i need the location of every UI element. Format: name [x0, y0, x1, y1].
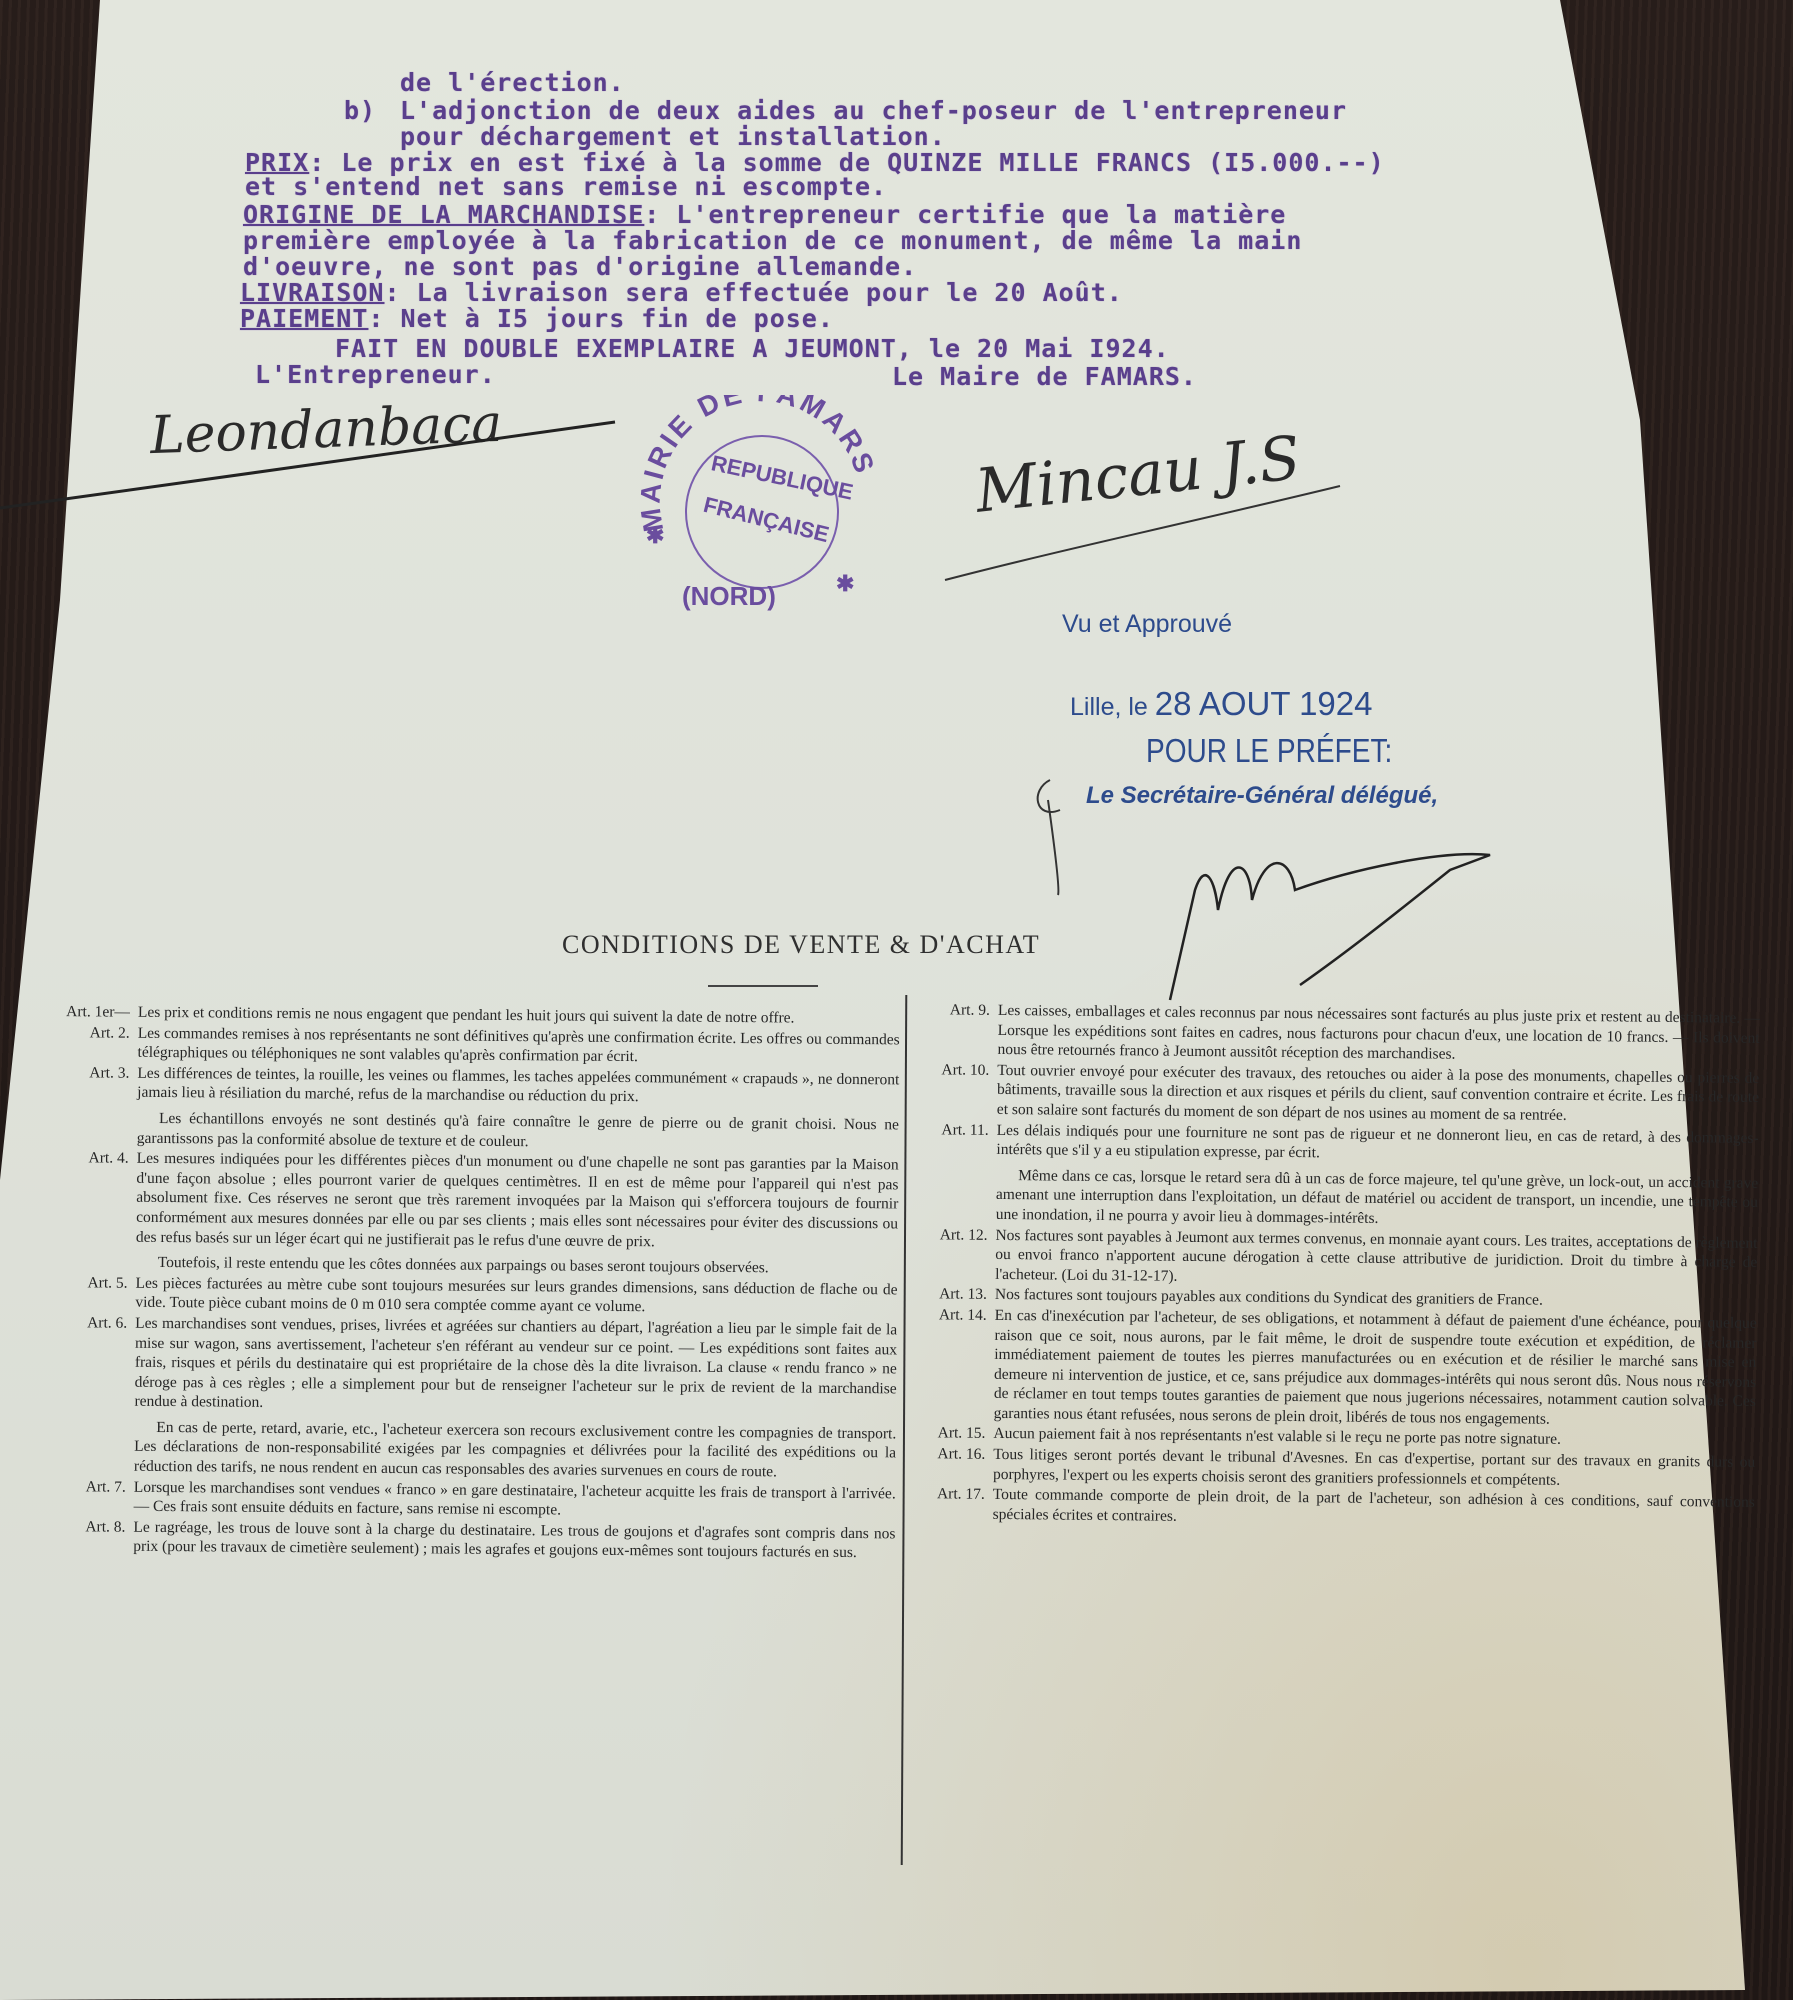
condition-article: Art. 17.Toute commande comporte de plein… [905, 1484, 1755, 1532]
article-body: Tous litiges seront portés devant le tri… [993, 1445, 1755, 1492]
entrepreneur-label: L'Entrepreneur. [255, 360, 496, 389]
condition-article: Art. 7.Lorsque les marchandises sont ven… [46, 1477, 896, 1524]
article-number: Art. 16. [905, 1444, 993, 1484]
article-paragraph: Tout ouvrier envoyé pour exécuter des tr… [997, 1061, 1760, 1128]
condition-article: Art. 6.Les marchandises sont vendues, pr… [46, 1313, 897, 1483]
conditions-right-column: Art. 9.Les caisses, emballages et cales … [905, 1000, 1760, 1533]
condition-article: Art. 3.Les différences de teintes, la ro… [49, 1063, 900, 1155]
stamp-bottom-text: (NORD) [682, 581, 776, 612]
article-paragraph: Tous litiges seront portés devant le tri… [993, 1445, 1755, 1492]
article-number: Art. 7. [46, 1477, 134, 1517]
livraison-clause: LIVRAISON: La livraison sera effectuée p… [240, 278, 1123, 307]
article-number: Art. 8. [45, 1517, 133, 1557]
article-paragraph: Lorsque les marchandises sont vendues « … [134, 1477, 896, 1523]
article-number: Art. 17. [905, 1484, 993, 1524]
article-paragraph: Les mesures indiquées pour les différent… [136, 1149, 899, 1254]
article-body: Les marchandises sont vendues, prises, l… [134, 1314, 897, 1483]
article-body: Les caisses, emballages et cales reconnu… [997, 1001, 1760, 1068]
origine-line1: : L'entrepreneur certifie que la matière [644, 200, 1286, 229]
origine-label: ORIGINE DE LA MARCHANDISE [243, 200, 644, 229]
livraison-label: LIVRAISON [240, 278, 384, 307]
article-paragraph: Les différences de teintes, la rouille, … [137, 1064, 899, 1110]
title-underline [708, 985, 818, 987]
item-b-label: b) [344, 96, 376, 125]
approval-date-line: Lille, le 28 AOUT 1924 [1070, 685, 1373, 723]
article-paragraph: Les échantillons envoyés ne sont destiné… [137, 1109, 899, 1155]
article-number: Art. 1er— [50, 1002, 138, 1022]
article-paragraph: Nos factures sont payables à Jeumont aux… [995, 1225, 1758, 1292]
article-body: Le ragréage, les trous de louve sont à l… [133, 1518, 895, 1564]
article-paragraph: Toute commande comporte de plein droit, … [993, 1485, 1755, 1532]
article-body: Les pièces facturées au mètre cube sont … [135, 1273, 897, 1319]
article-number: Art. 3. [49, 1063, 138, 1148]
entrepreneur-signature: Leondanbaca [149, 394, 503, 466]
article-body: Les mesures indiquées pour les différent… [136, 1149, 899, 1279]
approval-place: Lille, le [1070, 693, 1148, 721]
article-paragraph: Les commandes remises à nos représentant… [137, 1023, 899, 1069]
article-number: Art. 4. [48, 1148, 137, 1272]
article-body: Toute commande comporte de plein droit, … [993, 1485, 1755, 1532]
article-body: Les différences de teintes, la rouille, … [137, 1064, 900, 1155]
item-b-line2: pour déchargement et installation. [400, 122, 946, 151]
pour-le-prefet: POUR LE PRÉFET: [1146, 732, 1392, 770]
typed-line-erection: de l'érection. [400, 68, 625, 97]
prix-line2: et s'entend net sans remise ni escompte. [245, 172, 887, 201]
livraison-text: : La livraison sera effectuée pour le 20… [384, 278, 1122, 307]
item-b-line1: L'adjonction de deux aides au chef-poseu… [400, 96, 1347, 125]
article-paragraph: Les pièces facturées au mètre cube sont … [135, 1273, 897, 1319]
article-paragraph: En cas de perte, retard, avarie, etc., l… [134, 1418, 896, 1483]
fait-line: FAIT EN DOUBLE EXEMPLAIRE A JEUMONT, le … [335, 334, 1170, 363]
article-body: Lorsque les marchandises sont vendues « … [134, 1477, 896, 1523]
origine-clause: ORIGINE DE LA MARCHANDISE: L'entrepreneu… [243, 200, 1286, 229]
maire-label: Le Maire de FAMARS. [892, 362, 1197, 391]
condition-article: Art. 4.Les mesures indiquées pour les di… [48, 1148, 899, 1279]
origine-line2: première employée à la fabrication de ce… [243, 226, 1302, 255]
paiement-label: PAIEMENT [240, 304, 368, 333]
condition-article: Art. 5.Les pièces facturées au mètre cub… [47, 1273, 897, 1320]
article-paragraph: Même dans ce cas, lorsque le retard sera… [996, 1166, 1759, 1233]
article-paragraph: Les caisses, emballages et cales reconnu… [997, 1001, 1760, 1068]
article-number: Art. 14. [906, 1305, 995, 1423]
article-paragraph: Les marchandises sont vendues, prises, l… [134, 1314, 897, 1419]
vu-et-approuve: Vu et Approuvé [1062, 610, 1232, 639]
paiement-clause: PAIEMENT: Net à I5 jours fin de pose. [240, 304, 834, 333]
article-number: Art. 13. [907, 1284, 995, 1305]
condition-article: Art. 12.Nos factures sont payables à Jeu… [907, 1225, 1758, 1293]
article-number: Art. 6. [46, 1313, 135, 1477]
condition-article: Art. 2.Les commandes remises à nos repré… [49, 1023, 899, 1070]
conditions-left-column: Art. 1er—Les prix et conditions remis ne… [45, 1002, 900, 1564]
article-paragraph: En cas d'inexécution par l'acheteur, de … [994, 1306, 1757, 1432]
paiement-text: : Net à I5 jours fin de pose. [368, 304, 834, 333]
article-body: En cas d'inexécution par l'acheteur, de … [994, 1306, 1757, 1432]
mairie-famars-stamp: MAIRIE DE FAMARS REPUBLIQUE FRANÇAISE (N… [640, 395, 890, 625]
origine-line3: d'oeuvre, ne sont pas d'origine allemand… [243, 252, 917, 281]
article-body: Les délais indiqués pour une fourniture … [996, 1120, 1759, 1232]
conditions-title: CONDITIONS DE VENTE & D'ACHAT [562, 930, 1040, 960]
condition-article: Art. 9.Les caisses, emballages et cales … [909, 1000, 1760, 1068]
article-body: Tout ouvrier envoyé pour exécuter des tr… [997, 1061, 1760, 1128]
article-number: Art. 11. [908, 1120, 997, 1225]
article-body: Les commandes remises à nos représentant… [137, 1023, 899, 1069]
condition-article: Art. 14.En cas d'inexécution par l'achet… [906, 1305, 1757, 1431]
condition-article: Art. 10.Tout ouvrier envoyé pour exécute… [909, 1060, 1760, 1128]
approval-date: 28 AOUT 1924 [1155, 685, 1373, 722]
article-number: Art. 2. [49, 1023, 137, 1063]
secretaire-general: Le Secrétaire-Général délégué, [1086, 782, 1438, 810]
article-number: Art. 12. [907, 1225, 996, 1285]
article-number: Art. 15. [905, 1423, 993, 1444]
condition-article: Art. 11.Les délais indiqués pour une fou… [908, 1120, 1759, 1233]
condition-article: Art. 8.Le ragréage, les trous de louve s… [45, 1517, 895, 1564]
article-paragraph: Les délais indiqués pour une fourniture … [996, 1120, 1758, 1167]
stamp-star-right-icon: ✱ [836, 571, 854, 597]
article-number: Art. 5. [47, 1273, 135, 1313]
article-number: Art. 9. [909, 1000, 998, 1060]
article-body: Nos factures sont payables à Jeumont aux… [995, 1225, 1758, 1292]
stamp-star-left-icon: ✱ [646, 523, 664, 549]
article-paragraph: Le ragréage, les trous de louve sont à l… [133, 1518, 895, 1564]
article-number: Art. 10. [909, 1060, 998, 1120]
